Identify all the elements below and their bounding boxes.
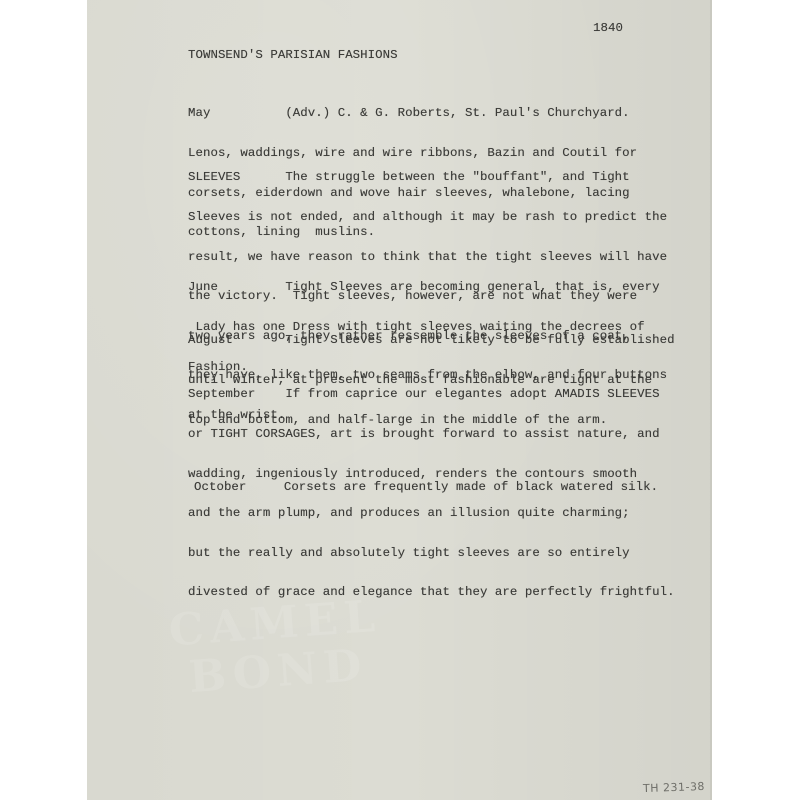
entry-line: May (Adv.) C. & G. Roberts, St. Paul's C… xyxy=(188,107,637,120)
entry-line: August Tight Sleeves are not likely to b… xyxy=(188,334,675,347)
entry-line: or TIGHT CORSAGES, art is brought forwar… xyxy=(188,428,675,441)
entry-line: but the really and absolutely tight slee… xyxy=(188,547,675,560)
catalog-number: TH 231-38 xyxy=(643,780,705,795)
entry-line: October Corsets are frequently made of b… xyxy=(194,481,658,494)
page-year: 1840 xyxy=(593,22,623,35)
entry-line: Sleeves is not ended, and although it ma… xyxy=(188,211,667,224)
document-title: TOWNSEND'S PARISIAN FASHIONS xyxy=(188,49,398,62)
entry-line: divested of grace and elegance that they… xyxy=(188,586,675,599)
page-edge xyxy=(710,0,712,800)
typed-page: CAMEL BOND 1840 TOWNSEND'S PARISIAN FASH… xyxy=(87,0,712,800)
entry-line: September If from caprice our elegantes … xyxy=(188,388,675,401)
entry-line: June Tight Sleeves are becoming general,… xyxy=(188,281,660,294)
entry-october: October Corsets are frequently made of b… xyxy=(194,455,658,521)
entry-line: SLEEVES The struggle between the "bouffa… xyxy=(188,171,667,184)
